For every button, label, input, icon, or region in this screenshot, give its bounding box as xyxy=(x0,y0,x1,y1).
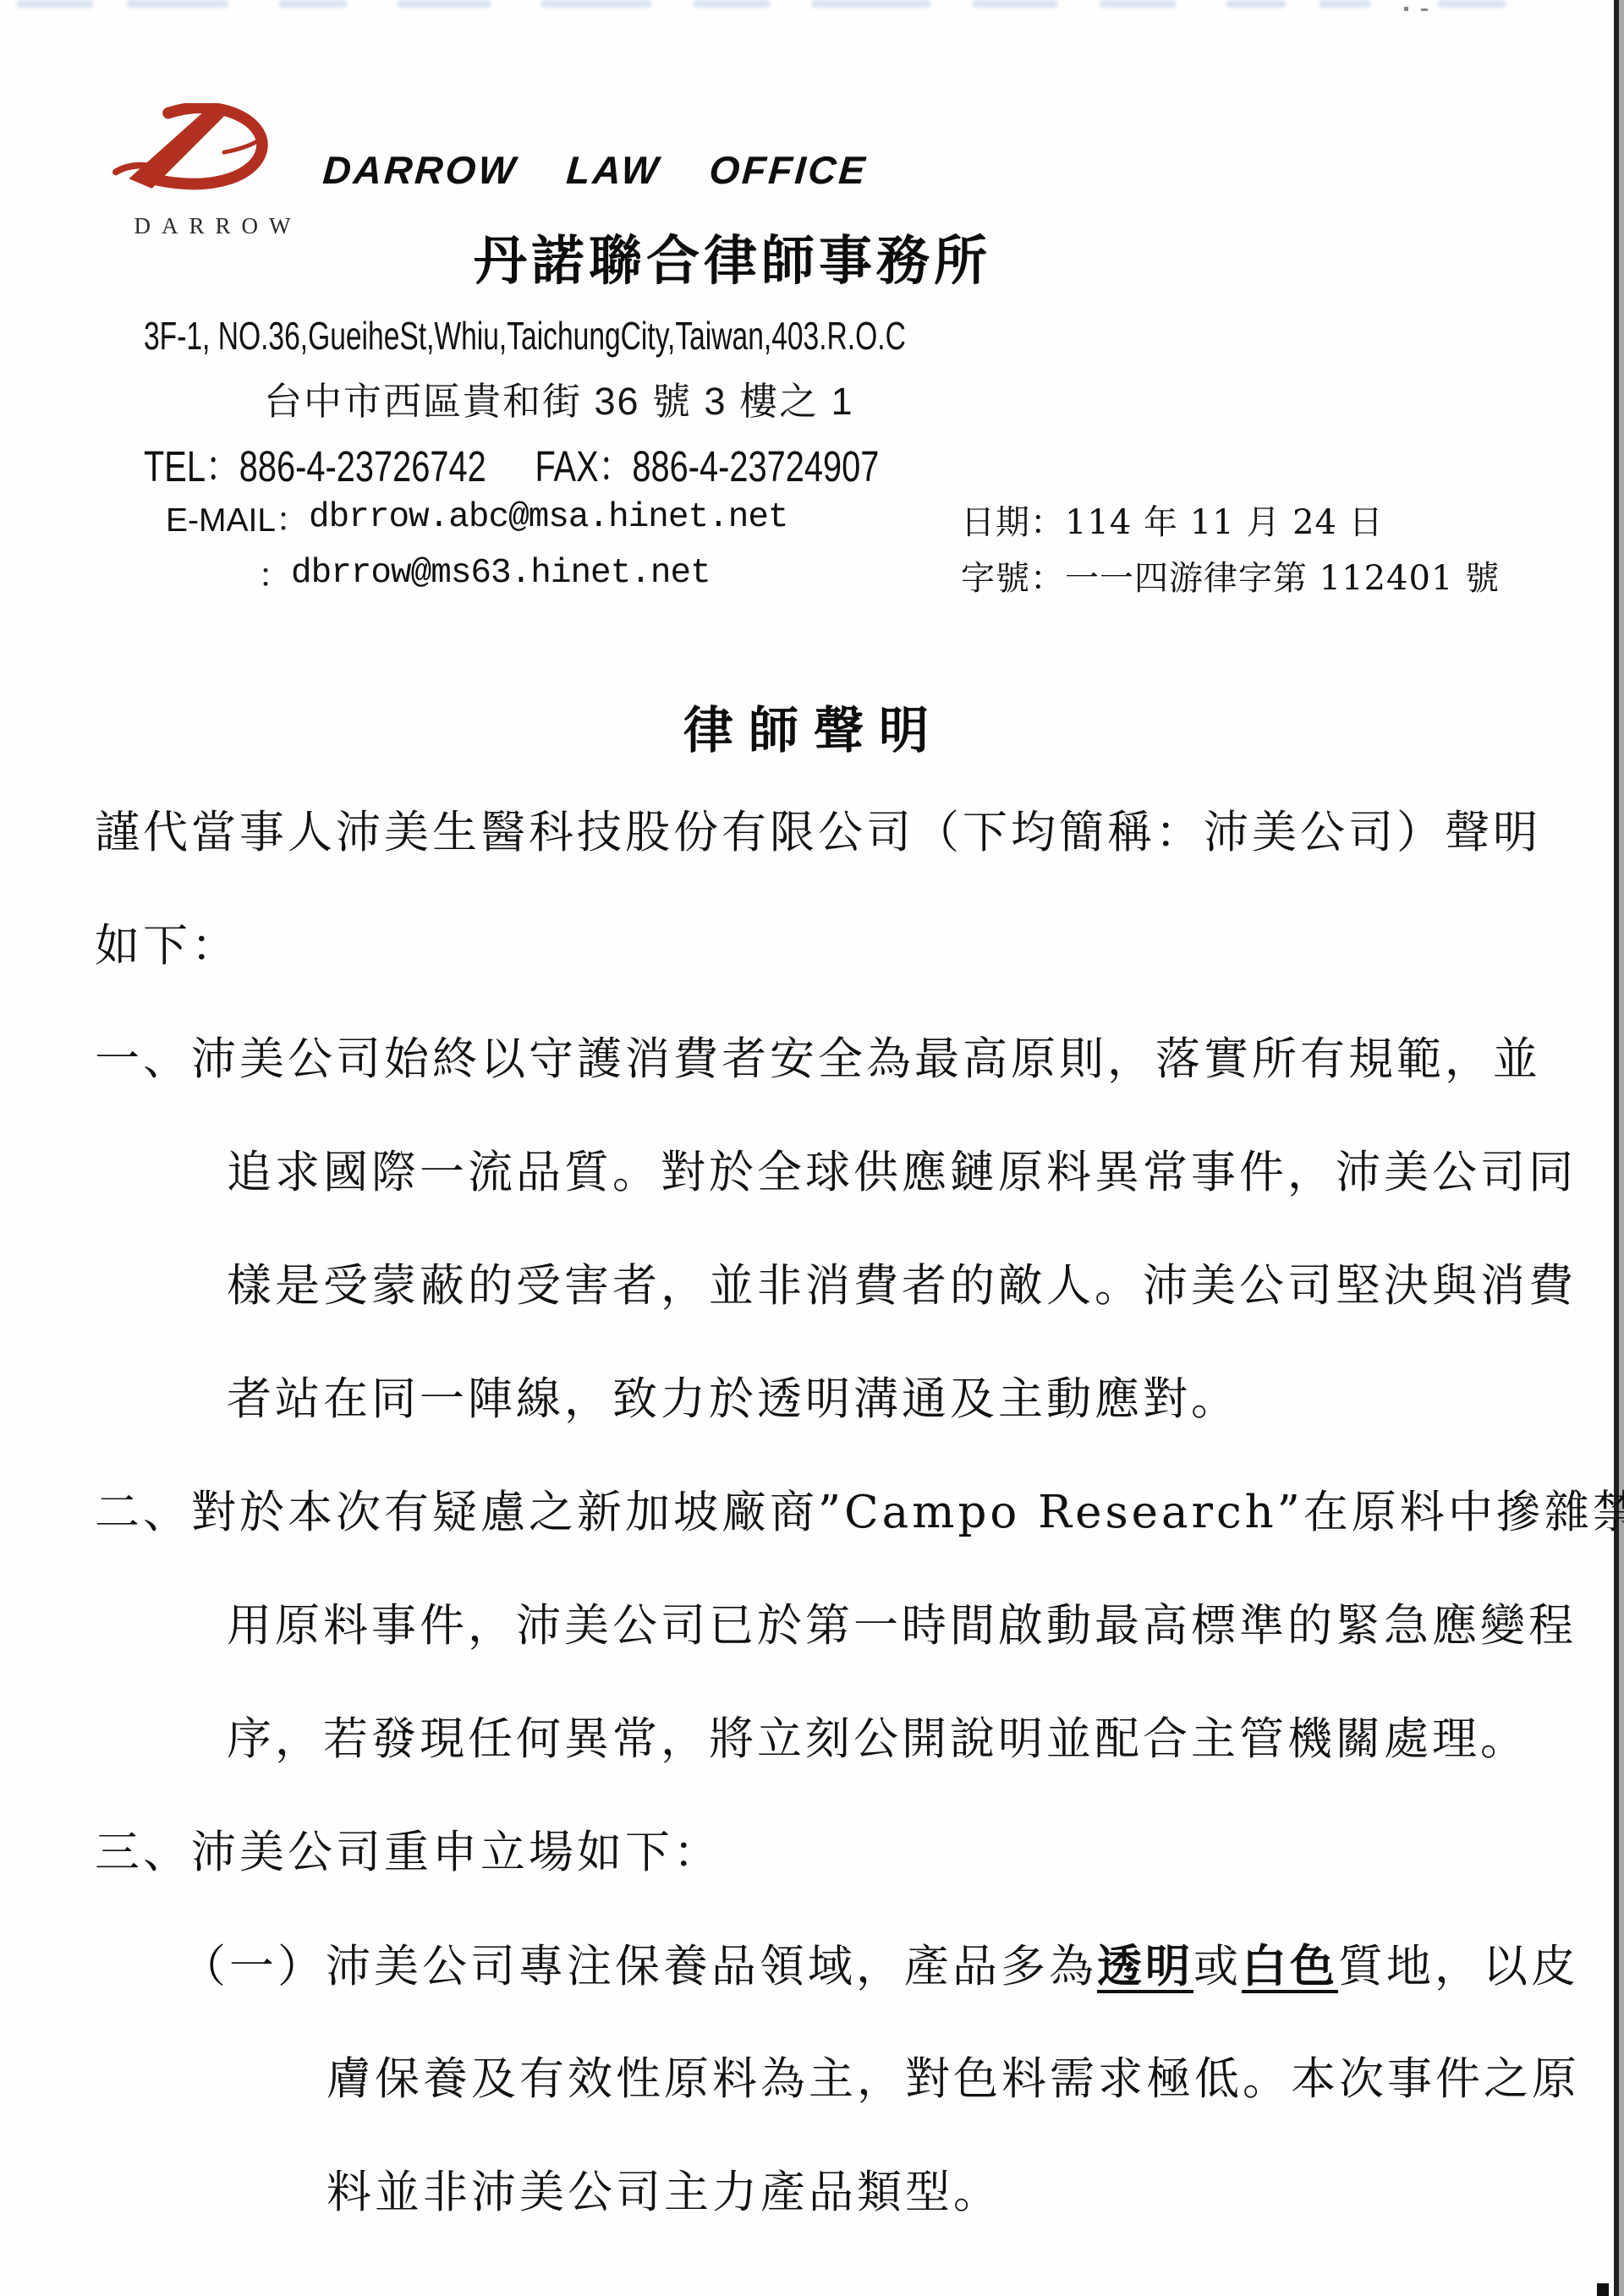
scan-edge-shadow xyxy=(1619,0,1624,2296)
tel-fax-line: TEL：886-4-23726742FAX：886-4-23724907 xyxy=(144,431,879,494)
email-address-1: dbrrow.abc@msa.hinet.net xyxy=(309,498,788,537)
body-line-3: 一、沛美公司始終以守護消費者安全為最高原則，落實所有規範，並 xyxy=(95,1003,1550,1116)
scan-smudge xyxy=(1100,0,1176,8)
scan-corner-mark xyxy=(1597,2283,1609,2296)
body-line-2: 如下： xyxy=(95,890,1550,1003)
reference-number-line: 字號：一一四游律字第 112401 號 xyxy=(961,551,1500,600)
scan-smudge xyxy=(17,0,93,8)
body-line-6: 者站在同一陣線，致力於透明溝通及主動應對。 xyxy=(95,1343,1550,1456)
scan-smudge xyxy=(973,0,1057,8)
scan-smudge xyxy=(398,0,491,8)
darrow-logo-wordmark: DARROW xyxy=(118,213,317,239)
scan-smudge xyxy=(812,0,930,8)
scan-smudge xyxy=(694,0,770,8)
body-line-8: 用原料事件，沛美公司已於第一時間啟動最高標準的緊急應變程 xyxy=(95,1570,1550,1683)
email-colon: ： xyxy=(166,550,291,597)
line-11-post: 質地，以皮 xyxy=(1338,1941,1579,1992)
statement-title: 律師聲明 xyxy=(95,690,1533,762)
tel-label: TEL： xyxy=(144,442,239,490)
fax-label: FAX： xyxy=(535,442,632,490)
body-line-9: 序，若發現任何異常，將立刻公開說明並配合主管機關處理。 xyxy=(95,1683,1550,1796)
date-line: 日期：114 年 11 月 24 日 xyxy=(961,496,1384,544)
statement-body: 謹代當事人沛美生醫科技股份有限公司（下均簡稱：沛美公司）聲明 如下： 一、沛美公… xyxy=(95,776,1550,2249)
scan-artifact-strip xyxy=(0,0,1624,14)
email-line-1: E-MAIL：dbrrow.abc@msa.hinet.net xyxy=(166,494,788,541)
scan-smudge xyxy=(1226,0,1286,8)
body-line-1: 謹代當事人沛美生醫科技股份有限公司（下均簡稱：沛美公司）聲明 xyxy=(95,776,1550,890)
body-line-4: 追求國際一流品質。對於全球供應鏈原料異常事件，沛美公司同 xyxy=(95,1116,1550,1230)
scan-smudge xyxy=(127,0,228,8)
body-line-12: 膚保養及有效性原料為主，對色料需求極低。本次事件之原 xyxy=(95,2023,1550,2136)
line-11-mid: 或 xyxy=(1193,1941,1242,1992)
body-line-7: 二、對於本次有疑慮之新加坡廠商”Campo Research”在原料中摻雜禁 xyxy=(95,1456,1550,1570)
body-line-11: （一）沛美公司專注保養品領域，產品多為透明或白色質地，以皮 xyxy=(95,1910,1550,2023)
scan-smudge xyxy=(541,0,651,8)
fax-number: 886-4-23724907 xyxy=(632,442,879,490)
scan-smudge xyxy=(1319,0,1370,8)
underlined-word-transparent: 透明 xyxy=(1097,1940,1193,1992)
underlined-word-white: 白色 xyxy=(1242,1940,1338,1992)
tel-number: 886-4-23726742 xyxy=(239,442,486,490)
address-chinese: 台中市西區貴和街 36 號 3 樓之 1 xyxy=(264,370,854,425)
scanned-letter-page: DARROW DARROW LAW OFFICE 丹諾聯合律師事務所 3F-1,… xyxy=(0,0,1624,2296)
body-line-10: 三、沛美公司重申立場如下： xyxy=(95,1796,1550,1910)
scan-smudge xyxy=(279,0,347,8)
body-line-13: 料並非沛美公司主力產品類型。 xyxy=(95,2136,1550,2249)
scan-smudge xyxy=(1438,0,1506,8)
email-label: E-MAIL： xyxy=(166,502,309,539)
scan-dot xyxy=(1421,8,1428,11)
scan-dot xyxy=(1404,7,1408,11)
darrow-logo-mark xyxy=(108,103,307,211)
body-line-5: 樣是受蒙蔽的受害者，並非消費者的敵人。沛美公司堅決與消費 xyxy=(95,1230,1550,1343)
email-address-2: dbrrow@ms63.hinet.net xyxy=(291,554,710,593)
office-name-chinese: 丹諾聯合律師事務所 xyxy=(474,218,991,295)
email-line-2: ：dbrrow@ms63.hinet.net xyxy=(166,550,710,597)
line-11-pre: （一）沛美公司專注保養品領域，產品多為 xyxy=(181,1941,1097,1992)
office-name-english: DARROW LAW OFFICE xyxy=(321,147,869,193)
address-english: 3F-1, NO.36,GueiheSt,Whiu,TaichungCity,T… xyxy=(144,313,906,359)
